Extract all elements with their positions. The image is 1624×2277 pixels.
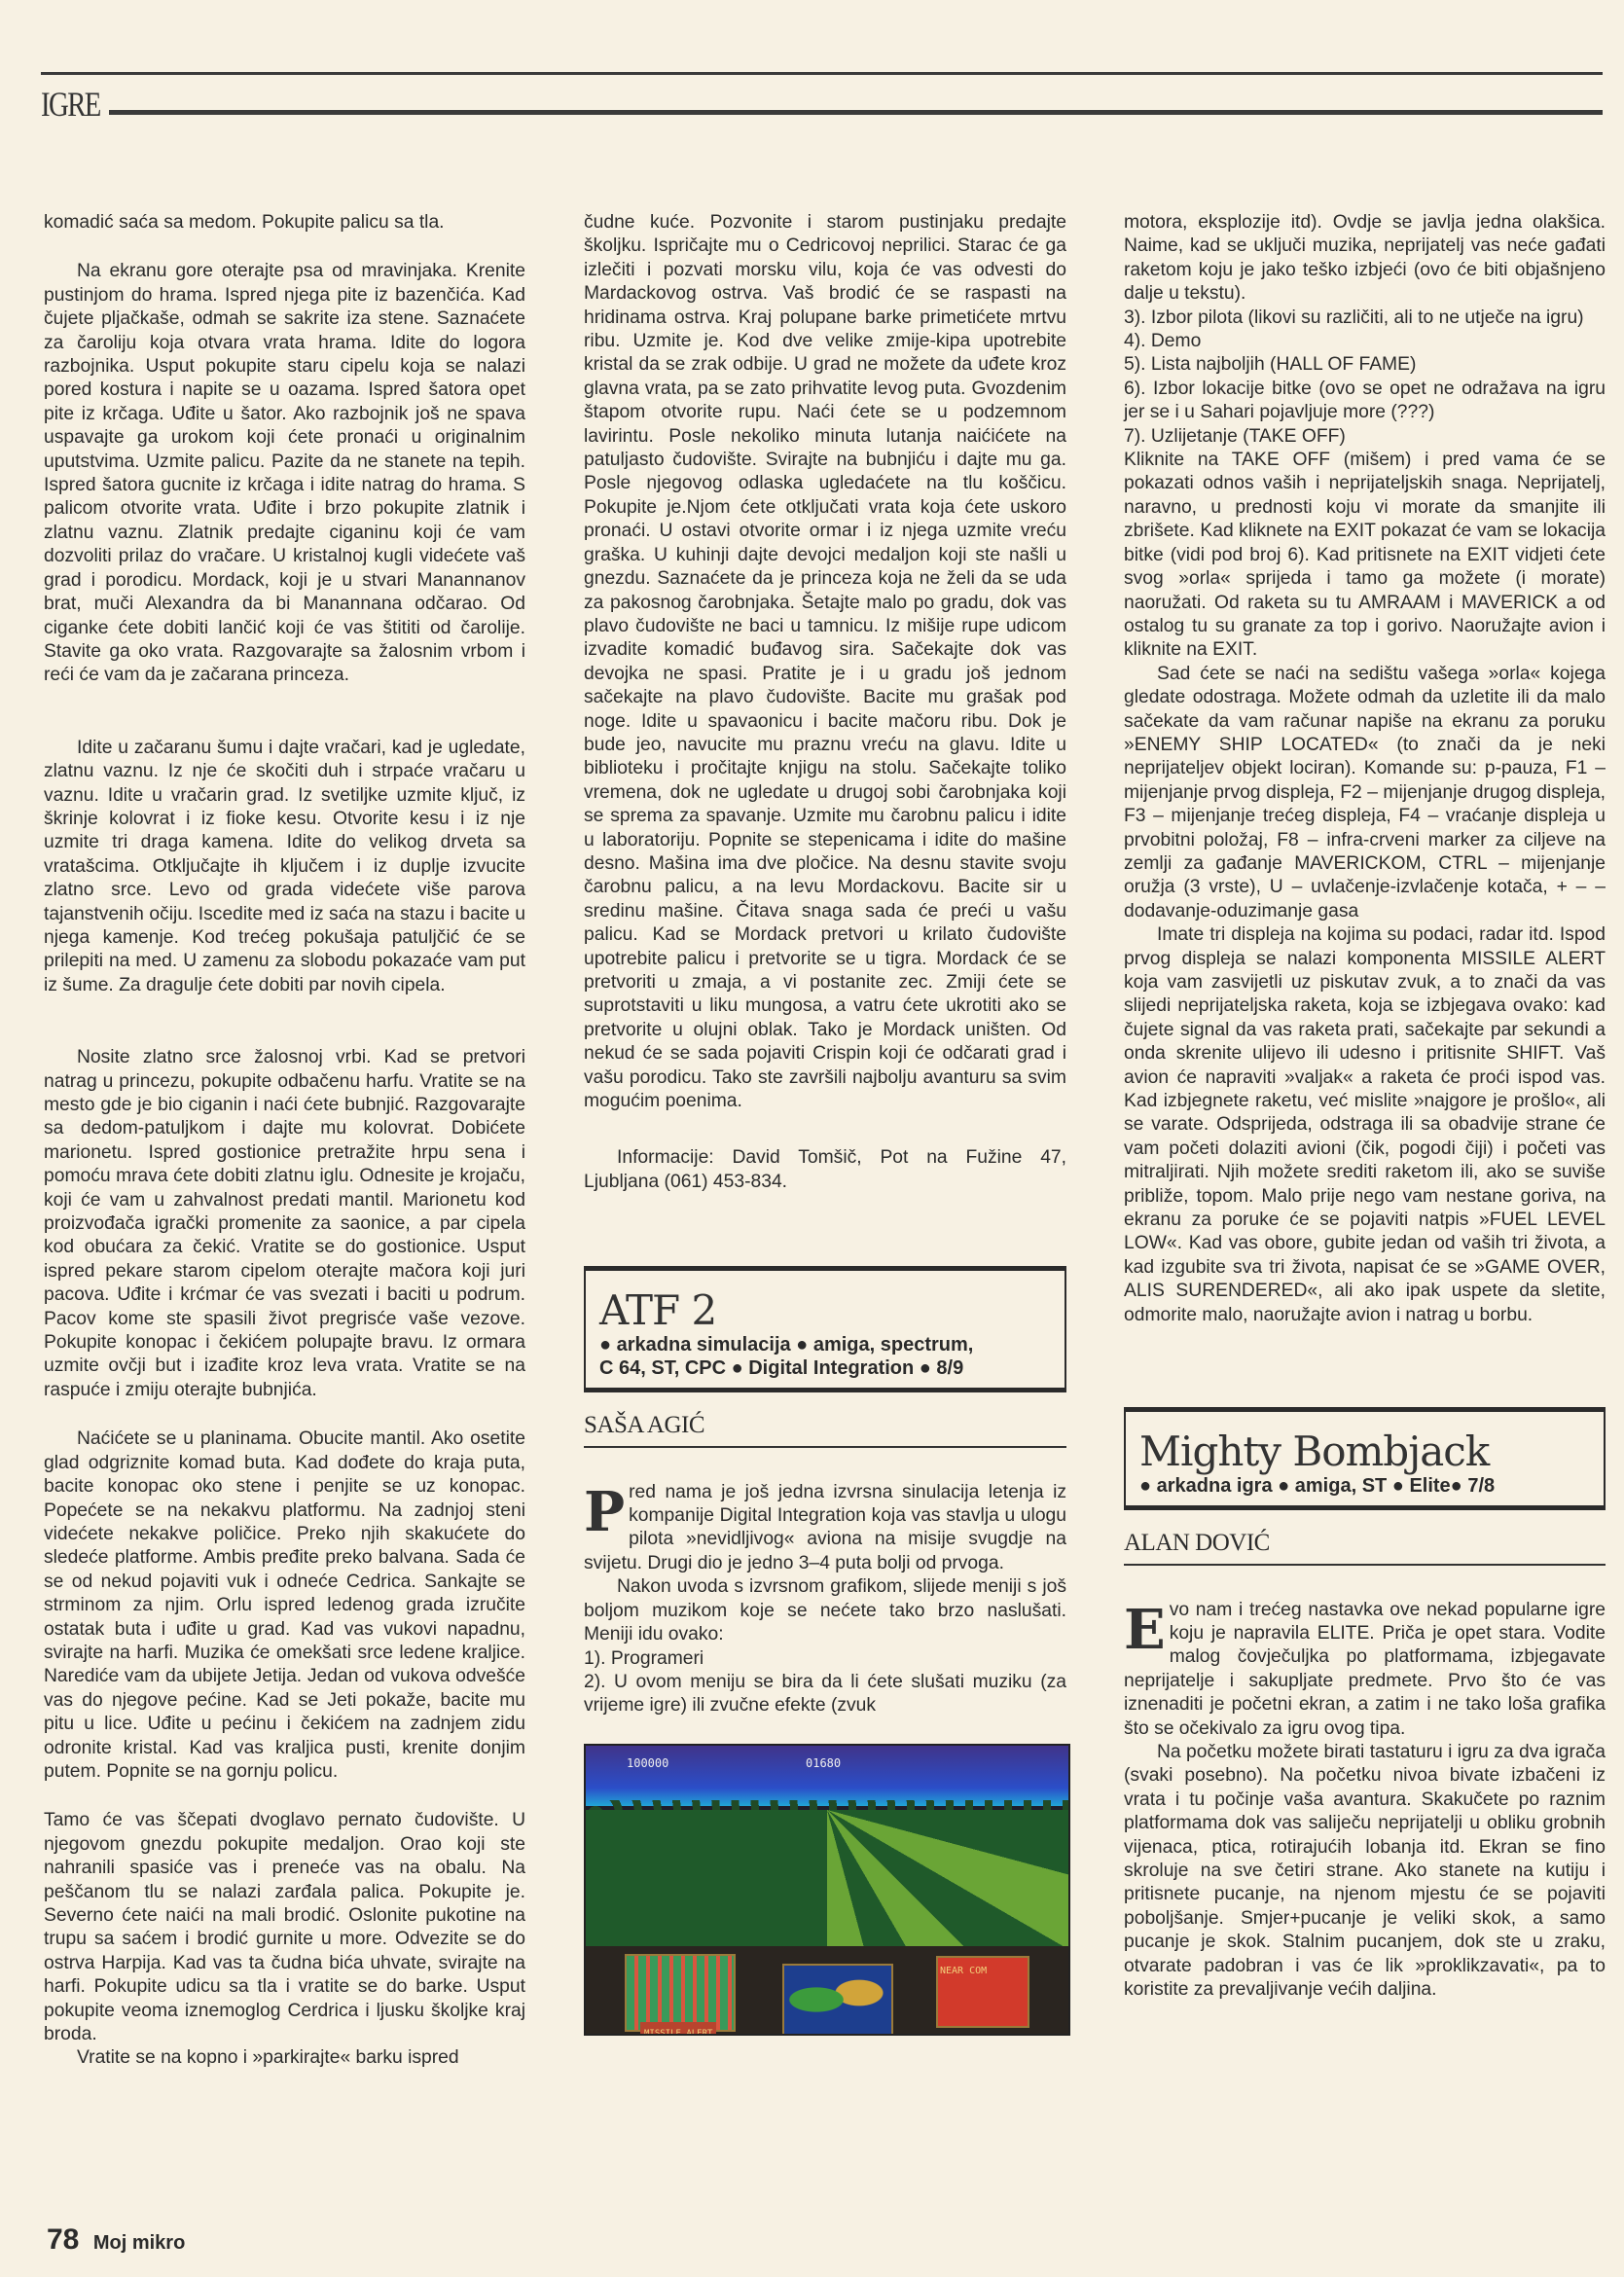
menu-item: 1). Programeri bbox=[584, 1647, 1066, 1671]
paragraph: Nakon uvoda s izvrsnom grafikom, slijede… bbox=[584, 1575, 1066, 1646]
column-1: komadić saća sa medom. Pokupite palicu s… bbox=[44, 211, 525, 2071]
paragraph: Imate tri displeja na kojima su podaci, … bbox=[1124, 923, 1606, 1327]
author-byline: SAŠA AGIĆ bbox=[584, 1414, 1066, 1447]
paragraph: Na početku možete birati tastaturu i igr… bbox=[1124, 1741, 1606, 2002]
menu-item: 6). Izbor lokacije bitke (ovo se opet ne… bbox=[1124, 378, 1606, 425]
paragraph: Naćićete se u planinama. Obucite mantil.… bbox=[44, 1428, 525, 1784]
column-2: čudne kuće. Pozvonite i starom pustinjak… bbox=[584, 211, 1066, 2036]
paragraph: motora, eksplozije itd). Ovdje se javlja… bbox=[1124, 211, 1606, 307]
column-3: motora, eksplozije itd). Ovdje se javlja… bbox=[1124, 211, 1606, 2002]
paragraph: Tamo će vas ščepati dvoglavo pernato čud… bbox=[44, 1809, 525, 2046]
contact-info: Informacije: David Tomšič, Pot na Fužine… bbox=[584, 1146, 1066, 1194]
atf2-game-screenshot: 100000 01680 MISSILE ALERT NEAR COM 344°… bbox=[584, 1744, 1070, 2036]
paragraph: Nosite zlatno srce žalosnoj vrbi. Kad se… bbox=[44, 1046, 525, 1402]
review-meta: C 64, ST, CPC ● Digital Integration ● 8/… bbox=[599, 1356, 1051, 1380]
paragraph: Vratite se na kopno i »parkirajte« barku… bbox=[44, 2046, 525, 2070]
author-byline: ALAN DOVIĆ bbox=[1124, 1532, 1606, 1565]
menu-item: 5). Lista najboljih (HALL OF FAME) bbox=[1124, 353, 1606, 377]
page-number: 78 bbox=[47, 2223, 79, 2256]
ground-checkerboard bbox=[586, 1810, 1068, 1946]
section-label: IGRE bbox=[41, 84, 100, 125]
paragraph: čudne kuće. Pozvonite i starom pustinjak… bbox=[584, 211, 1066, 1113]
review-meta: ● arkadna simulacija ● amiga, spectrum, bbox=[599, 1333, 1051, 1356]
review-title: Mighty Bombjack bbox=[1139, 1429, 1590, 1474]
menu-item: 2). U ovom meniju se bira da li ćete slu… bbox=[584, 1671, 1066, 1718]
review-title: ATF 2 bbox=[599, 1288, 1051, 1333]
hud-score-center: 01680 bbox=[806, 1752, 841, 1775]
page-footer: 78 Moj mikro bbox=[47, 2223, 185, 2257]
world-map-display bbox=[782, 1964, 893, 2036]
paragraph: Na ekranu gore oterajte psa od mravinjak… bbox=[44, 260, 525, 687]
review-header-atf2: ATF 2 ● arkadna simulacija ● amiga, spec… bbox=[584, 1266, 1066, 1392]
menu-item: 7). Uzlijetanje (TAKE OFF) bbox=[1124, 425, 1606, 449]
weapons-display: NEAR COM 344° 107 + − CAT bbox=[936, 1956, 1029, 2028]
section-rule bbox=[109, 110, 1603, 115]
paragraph: Idite u začaranu šumu i dajte vračari, k… bbox=[44, 737, 525, 997]
lead-paragraph: Evo nam i trećeg nastavka ove nekad popu… bbox=[1124, 1599, 1606, 1741]
lead-paragraph: Pred nama je još jedna izvrsna sinulacij… bbox=[584, 1481, 1066, 1576]
menu-item: 3). Izbor pilota (likovi su različiti, a… bbox=[1124, 307, 1606, 330]
magazine-name: Moj mikro bbox=[93, 2232, 185, 2254]
cockpit-panel: MISSILE ALERT NEAR COM 344° 107 + − CAT bbox=[586, 1946, 1068, 2034]
missile-alert-label: MISSILE ALERT bbox=[640, 2022, 716, 2036]
drop-cap: E bbox=[1124, 1608, 1166, 1651]
drop-cap: P bbox=[584, 1491, 625, 1534]
paragraph: Kliknite na TAKE OFF (mišem) i pred vama… bbox=[1124, 449, 1606, 663]
review-header-mighty-bombjack: Mighty Bombjack ● arkadna igra ● amiga, … bbox=[1124, 1407, 1606, 1510]
top-rule bbox=[41, 72, 1603, 75]
radar-display bbox=[625, 1954, 736, 2032]
menu-item: 4). Demo bbox=[1124, 330, 1606, 353]
paragraph: komadić saća sa medom. Pokupite palicu s… bbox=[44, 211, 525, 235]
paragraph: Sad ćete se naći na sedištu vašega »orla… bbox=[1124, 663, 1606, 923]
review-meta: ● arkadna igra ● amiga, ST ● Elite● 7/8 bbox=[1139, 1474, 1590, 1498]
hud-score-left: 100000 bbox=[627, 1752, 668, 1775]
